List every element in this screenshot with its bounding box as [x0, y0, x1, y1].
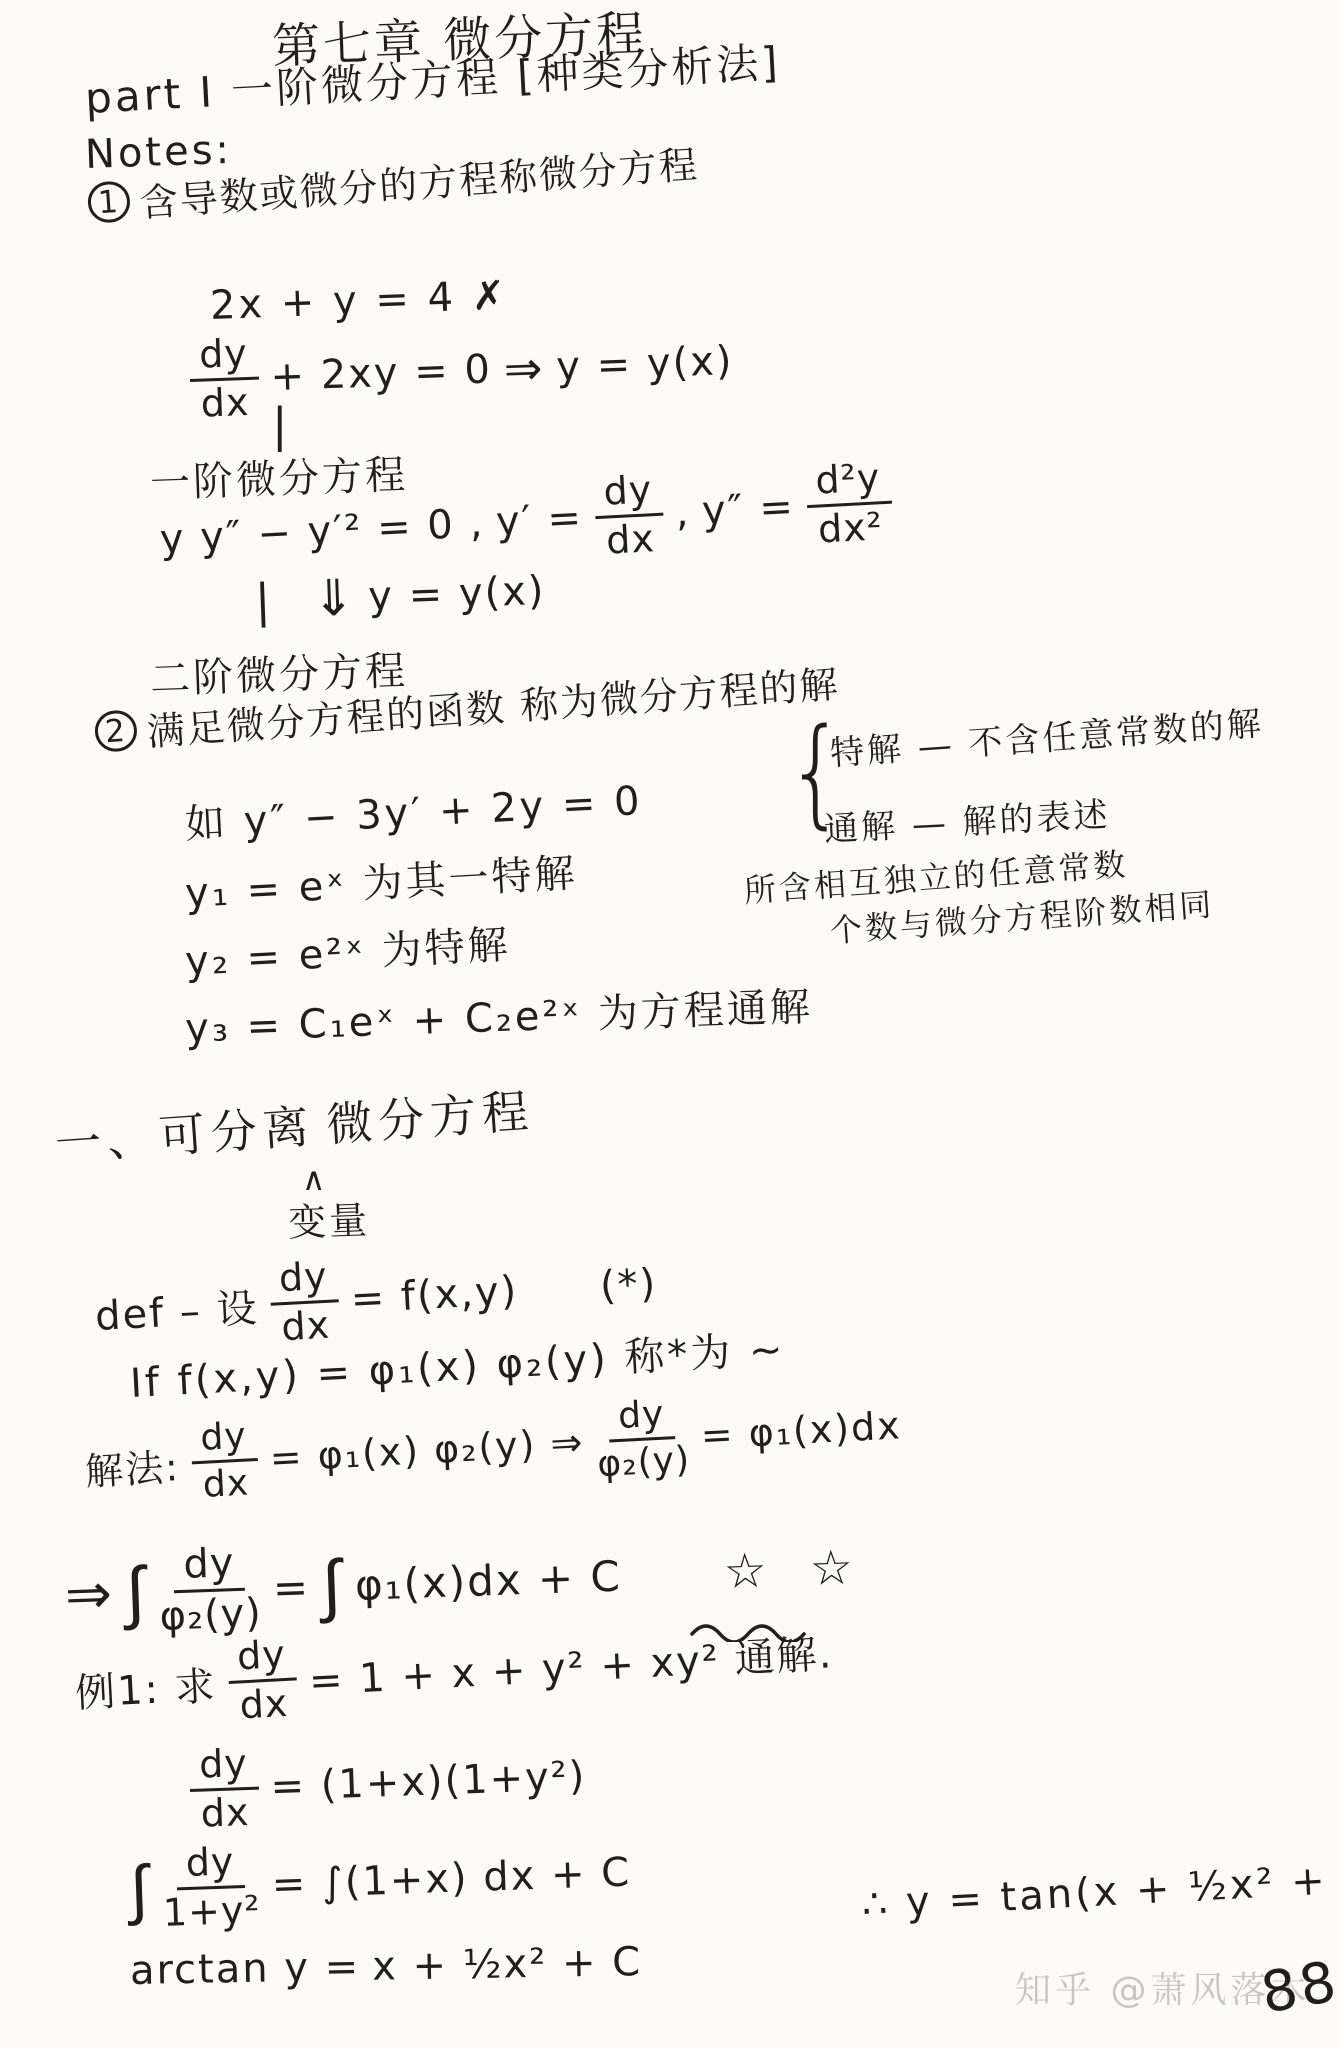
comma: , [674, 490, 691, 537]
ode2-head: y y″ − y′² = 0 , [159, 500, 486, 563]
general-solution-equation: y₃ = C₁eˣ + C₂e²ˣ 为方程通解 [184, 975, 814, 1054]
general-solution-definition: 通解 — 解的表述 [823, 787, 1112, 851]
fraction-denominator: dx [605, 516, 656, 562]
fraction-dy-phi2y: dy φ₂(y) [157, 1541, 262, 1639]
section-heading-b: 微分方程 [324, 1075, 536, 1155]
implies-arrow: ⇒ [503, 341, 545, 396]
example1-conclusion: ∴ y = tan(x + ½x² + C) [861, 1854, 1339, 1928]
integral-sign: ∫ [125, 1558, 148, 1628]
ode2-solution-form: y = y(x) [368, 568, 547, 620]
star-marks: ☆ ☆ [723, 1539, 868, 1600]
fraction-numerator: dy [226, 1633, 297, 1683]
fraction-dy-1plusy2: dy 1+y² [160, 1840, 261, 1934]
section-heading: 一、可分离 微分方程 [53, 1074, 548, 1174]
ode-rest: + 2xy = 0 [270, 347, 493, 401]
fraction-numerator: dy [607, 1394, 676, 1442]
step3-rhs: x + ½x² + C [372, 1939, 643, 1990]
special-solution-definition: 特解 — 不含任意常数的解 [828, 696, 1265, 775]
circled-2-badge: 2 [94, 709, 139, 754]
step3-lhs: arctan y = [130, 1944, 361, 1994]
method-label: 解法: [84, 1436, 182, 1496]
fraction-numerator: dy [189, 1416, 258, 1464]
particular-solution-1: y₁ = eˣ 为其一特解 [184, 841, 579, 918]
step1-rhs: = (1+x)(1+y²) [270, 1753, 587, 1810]
method-middle: = φ₁(x) φ₂(y) ⇒ [269, 1420, 586, 1480]
fraction-denominator: dx [238, 1681, 289, 1727]
tick-mark-2: | [254, 573, 273, 628]
y-double-prime-def: y″ = [701, 484, 796, 535]
fraction-dy-dx: dy dx [268, 1255, 341, 1349]
fraction-dy-dx: dy dx [188, 333, 260, 426]
star-reference: (*) [599, 1261, 659, 1310]
inserted-word: 变量 [287, 1189, 371, 1247]
example1-label: 例1: 求 [74, 1654, 218, 1718]
def-lead: def – 设 [94, 1276, 260, 1341]
fraction-numerator: dy [268, 1255, 339, 1305]
method-tail: = φ₁(x)dx [700, 1403, 903, 1457]
double-down-arrow: ⇓ [311, 568, 357, 627]
def-equation: = f(x,y) [350, 1268, 520, 1323]
step2-rhs: = ∫(1+x) dx + C [271, 1850, 632, 1909]
fraction-numerator: dy [188, 1743, 258, 1792]
example1-step1: dy dx = (1+x)(1+y²) [188, 1731, 599, 1836]
equals-sign: = [272, 1562, 311, 1612]
fraction-numerator: dy [188, 333, 258, 382]
ode-solution-form: y = y(x) [556, 338, 735, 390]
implies-solution-row: | ⇓ y = y(x) [254, 561, 558, 630]
implies-arrow: ⇒ [64, 1561, 115, 1628]
non-ode-equation: 2x + y = 4 ✗ [209, 273, 509, 329]
particular-solution-2: y₂ = e²ˣ 为特解 [184, 913, 512, 987]
section-heading-a: 一、可分离 [53, 1090, 317, 1174]
conclusion-tail: φ₁(x)dx + C [354, 1551, 622, 1609]
fraction-dy-phi2y: dy φ₂(y) [594, 1393, 691, 1484]
fraction-denominator: dx [200, 1790, 250, 1835]
example1-step3: arctan y = x + ½x² + C [130, 1939, 655, 1994]
fraction-denominator: dx [200, 380, 250, 425]
y-prime-def: y′ = [495, 495, 584, 545]
fraction-dy-dx: dy dx [188, 1743, 260, 1836]
fraction-denominator: dx [202, 1461, 250, 1505]
integral-sign: ∫ [129, 1857, 151, 1924]
fraction-numerator: dy [175, 1841, 245, 1890]
page-number: 88 [1256, 1949, 1339, 2026]
integral-sign: ∫ [321, 1551, 344, 1621]
fraction-numerator: dy [173, 1542, 246, 1593]
fraction-denominator: 1+y² [162, 1887, 261, 1934]
fraction-numerator: dy [593, 469, 664, 519]
fraction-dy-dx: dy dx [593, 469, 666, 563]
example1-problem: = 1 + x + y² + xy² 通解. [307, 1622, 834, 1706]
fraction-d2y-dx2: d²y dx² [804, 457, 893, 552]
fraction-dy-dx: dy dx [189, 1416, 260, 1506]
circled-1-badge: 1 [87, 180, 132, 225]
example1-step2: ∫ dy 1+y² = ∫(1+x) dx + C [128, 1827, 644, 1935]
fraction-denominator: φ₂(y) [596, 1438, 691, 1485]
fraction-dy-dx: dy dx [226, 1633, 299, 1727]
notebook-page: 第七章 微分方程 part Ⅰ 一阶微分方程 [种类分析法] Notes: 1 … [0, 0, 1339, 2048]
fraction-denominator: dx² [817, 504, 884, 551]
note2-example-equation: 如 y″ − 3y′ + 2y = 0 [184, 769, 644, 850]
tick-mark-1: | [272, 398, 291, 452]
fraction-denominator: φ₂(y) [159, 1590, 263, 1639]
fraction-numerator: d²y [804, 457, 891, 508]
